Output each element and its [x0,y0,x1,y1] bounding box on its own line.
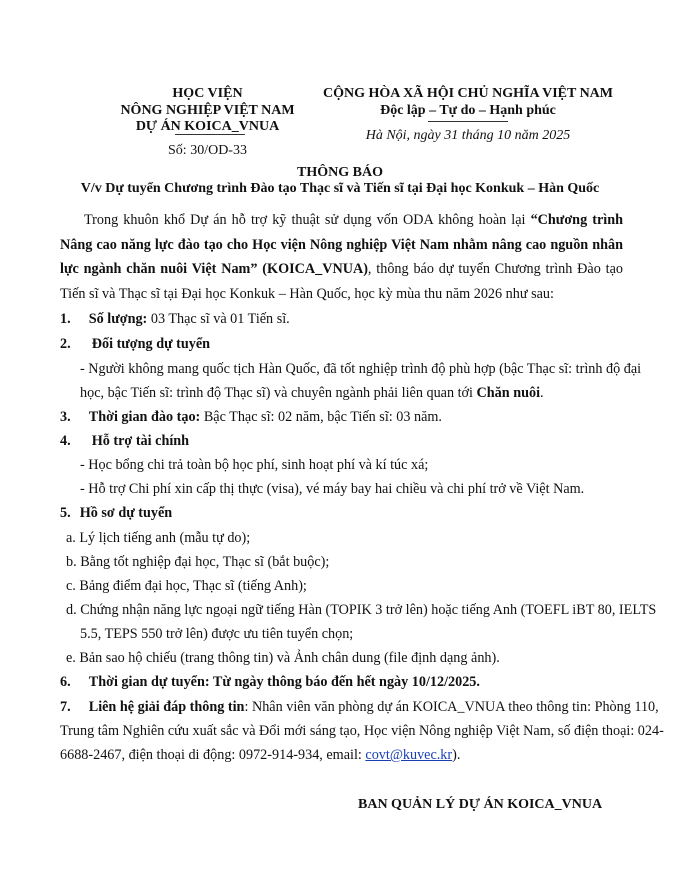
section-7-line-2: Trung tâm Nghiên cứu xuất sắc và Đổi mới… [60,723,664,740]
document-subtitle: V/v Dự tuyển Chương trình Đào tạo Thạc s… [0,181,680,197]
section-2-line-1: - Người không mang quốc tịch Hàn Quốc, đ… [80,361,641,378]
section-2-line-2: học, bậc Tiến sĩ: trình độ Thạc sĩ) và c… [80,385,544,402]
contact-email-link[interactable]: covt@kuvec.kr [365,747,452,763]
section-3: 3. Thời gian đào tạo: Bậc Thạc sĩ: 02 nă… [60,409,442,426]
issuer-divider [175,134,245,135]
section-4-number: 4. [60,433,71,449]
section-2-line-2-end: . [540,385,544,401]
section-5-heading: 5. Hồ sơ dự tuyển [60,505,172,522]
issuer-block: HỌC VIỆN NÔNG NGHIỆP VIỆT NAM DỰ ÁN KOIC… [95,86,320,136]
intro-text-1: Trong khuôn khổ Dự án hỗ trợ kỹ thuật sử… [84,212,531,228]
section-1-text: 03 Thạc sĩ và 01 Tiến sĩ. [147,311,289,327]
date-line: Hà Nội, ngày 31 tháng 10 năm 2025 [318,128,618,144]
intro-paragraph: Trong khuôn khổ Dự án hỗ trợ kỹ thuật sử… [60,208,623,306]
section-7-line-3-end: ). [452,747,460,763]
national-title: CỘNG HÒA XÃ HỘI CHỦ NGHĨA VIỆT NAM [318,86,618,103]
section-4-item: - Học bổng chi trả toàn bộ học phí, sinh… [80,457,428,474]
section-1: 1. Số lượng: 03 Thạc sĩ và 01 Tiến sĩ. [60,311,290,328]
section-5-item: c. Bảng điểm đại học, Thạc sĩ (tiếng Anh… [66,578,307,595]
section-5-item: d. Chứng nhận năng lực ngoại ngữ tiếng H… [66,602,656,619]
section-2-number: 2. [60,336,71,352]
section-5-item: a. Lý lịch tiếng anh (mẫu tự do); [66,530,250,547]
section-2-line-2-text: học, bậc Tiến sĩ: trình độ Thạc sĩ) và c… [80,385,477,401]
national-header: CỘNG HÒA XÃ HỘI CHỦ NGHĨA VIỆT NAM Độc l… [318,86,618,119]
national-motto: Độc lập – Tự do – Hạnh phúc [318,103,618,120]
section-5-item-continued: 5.5, TEPS 550 trở lên) được ưu tiên tuyể… [80,626,353,643]
section-1-label: Số lượng: [89,311,148,327]
section-4-heading: 4. Hỗ trợ tài chính [60,433,189,450]
section-7-line-3-text: 6688-2467, điện thoại di động: 0972-914-… [60,747,365,763]
section-5-number: 5. [60,505,71,521]
section-2-heading: 2. Đối tượng dự tuyển [60,336,210,353]
section-6-number: 6. [60,674,71,690]
issuer-line-1: HỌC VIỆN [95,86,320,103]
section-7-label: Liên hệ giải đáp thông tin [89,699,245,715]
section-3-label: Thời gian đào tạo: [89,409,201,425]
section-3-number: 3. [60,409,71,425]
section-5-item: b. Bằng tốt nghiệp đại học, Thạc sĩ (bắt… [66,554,329,571]
section-6: 6. Thời gian dự tuyển: Từ ngày thông báo… [60,674,480,691]
section-5-label: Hồ sơ dự tuyển [80,505,172,521]
section-2-label: Đối tượng dự tuyển [92,336,210,352]
section-7-line-1: 7. Liên hệ giải đáp thông tin: Nhân viên… [60,699,659,716]
section-7-line-3: 6688-2467, điện thoại di động: 0972-914-… [60,747,460,764]
signature-block: BAN QUẢN LÝ DỰ ÁN KOICA_VNUA [358,797,602,813]
document-title: THÔNG BÁO [0,165,680,181]
section-1-number: 1. [60,311,71,327]
section-5-item: e. Bản sao hộ chiếu (trang thông tin) và… [66,650,500,667]
document-number: Số: 30/OD-33 [95,143,320,159]
section-6-label: Thời gian dự tuyển: Từ ngày thông báo đế… [89,674,480,690]
section-4-label: Hỗ trợ tài chính [92,433,189,449]
issuer-line-2: NÔNG NGHIỆP VIỆT NAM [95,103,320,120]
motto-divider [428,121,508,122]
section-7-text: : Nhân viên văn phòng dự án KOICA_VNUA t… [244,699,658,715]
section-3-text: Bậc Thạc sĩ: 02 năm, bậc Tiến sĩ: 03 năm… [200,409,442,425]
section-2-field: Chăn nuôi [477,385,540,401]
section-7-number: 7. [60,699,71,715]
section-4-item: - Hỗ trợ Chi phí xin cấp thị thực (visa)… [80,481,584,498]
